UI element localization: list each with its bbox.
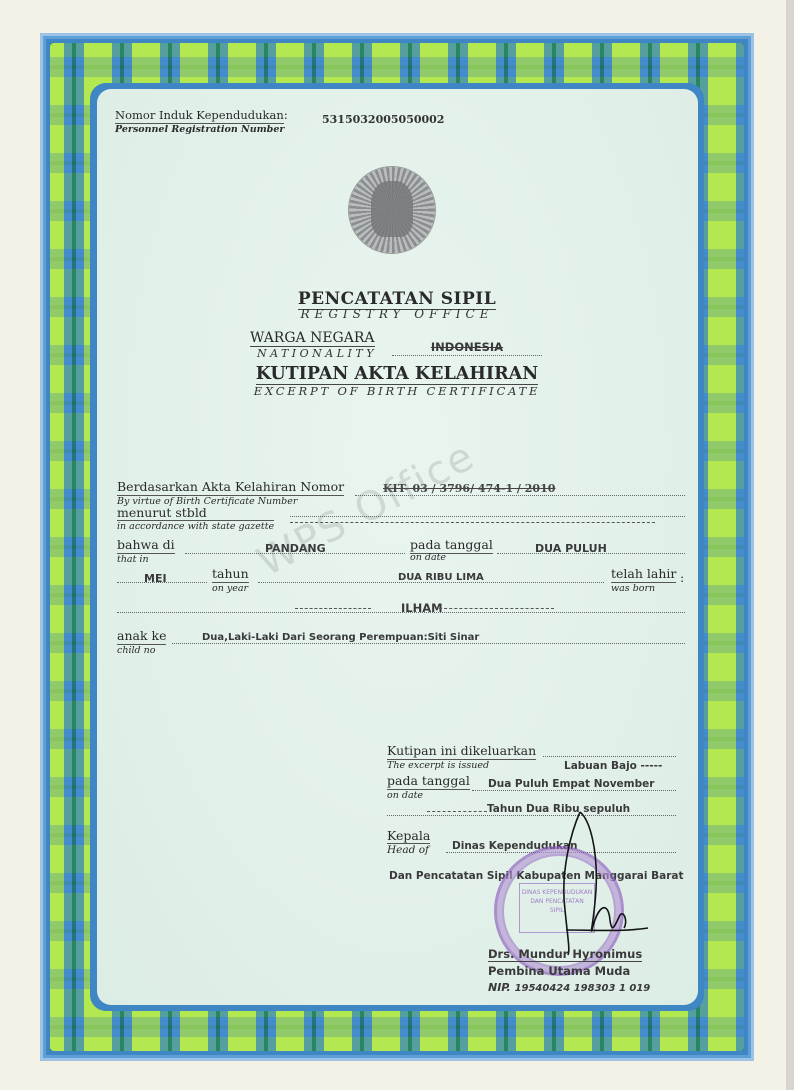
issued-place: Labuan Bajo ----- [564,760,662,772]
head-label-block: Kepala Head of [387,828,430,856]
head-label: Kepala [387,828,430,843]
signature-icon [520,810,660,960]
issued-label: Kutipan ini dikeluarkan [387,743,536,760]
nationality-value: INDONESIA [431,340,503,354]
stbld-label-block: menurut stbld in accordance with state g… [117,505,274,532]
issue-date-label: pada tanggal [387,773,470,790]
child-field: Dua,Laki-Laki Dari Seorang Perempuan:Sit… [172,632,685,644]
name-value: ILHAM [401,601,443,615]
registry-subtitle: REGISTRY OFFICE [0,307,794,321]
issue-date-value-1: Dua Puluh Empat November [488,778,654,790]
month-value: MEI [144,572,167,585]
year-label-block: tahun on year [212,563,249,594]
signatory-name: Drs. Mundur Hyronimus [488,947,642,962]
child-label-block: anak ke child no [117,625,166,656]
document-subtitle: EXCERPT OF BIRTH CERTIFICATE [0,384,794,398]
year-label-en: on year [212,583,249,594]
garuda-emblem-icon [349,167,435,253]
date-value: DUA PULUH [535,542,607,555]
nationality-field: INDONESIA [392,336,542,356]
issue-date-label-block: pada tanggal on date [387,770,470,801]
stbld-label: menurut stbld [117,505,274,520]
issue-date-field: Dua Puluh Empat November [472,782,676,791]
nik-label-block: Nomor Induk Kependudukan: Personnel Regi… [115,104,288,135]
nationality-label: WARGA NEGARA [250,330,375,346]
place-label-en: that in [117,554,175,565]
year-field: DUA RIBU LIMA [258,571,604,583]
cert-number-field: KIT- 03 / 3796/ 474-1 / 2010 [355,483,685,496]
place-field: PANDANG [185,542,405,554]
date-label-block: pada tanggal on date [410,534,493,563]
year-value: DUA RIBU LIMA [398,572,484,583]
born-label-block: telah lahir was born [611,563,676,594]
nik-colon: : [284,108,288,122]
paper-edge [786,0,794,1090]
stbld-label-en: in accordance with state gazette [117,520,274,532]
issued-dots [543,748,676,757]
child-label-en: child no [117,645,166,656]
date-field: DUA PULUH [497,542,685,554]
signatory-nip: NIP. 19540424 198303 1 019 [488,981,650,994]
year-label: tahun [212,566,249,583]
born-label-en: was born [611,583,676,594]
nationality-label-en: NATIONALITY [257,347,377,360]
cert-number-value: KIT- 03 / 3796/ 474-1 / 2010 [383,482,555,495]
stbld-field-top [290,506,685,517]
issue-date-label-en: on date [387,790,470,801]
document-title: KUTIPAN AKTA KELAHIRAN [0,364,794,384]
nik-value: 5315032005050002 [322,113,444,126]
born-colon: : [680,570,684,585]
place-label: bahwa di [117,537,175,554]
cert-number-label: Berdasarkan Akta Kelahiran Nomor [117,479,344,496]
born-label: telah lahir [611,566,676,583]
registry-title: PENCATATAN SIPIL [0,289,794,309]
signatory-rank: Pembina Utama Muda [488,964,630,978]
issued-label-block: Kutipan ini dikeluarkan The excerpt is i… [387,740,536,771]
head-label-en: Head of [387,843,430,856]
child-value: Dua,Laki-Laki Dari Seorang Perempuan:Sit… [202,632,479,643]
name-field: ILHAM [117,601,685,613]
stbld-field-dashes [290,517,655,523]
nik-label-en: Personnel Registration Number [115,124,288,135]
month-field: MEI [117,571,207,583]
nik-label: Nomor Induk Kependudukan [115,108,284,124]
cert-number-label-block: Berdasarkan Akta Kelahiran Nomor By virt… [117,476,344,507]
place-label-block: bahwa di that in [117,534,175,565]
place-value: PANDANG [265,542,326,555]
child-label: anak ke [117,628,166,645]
